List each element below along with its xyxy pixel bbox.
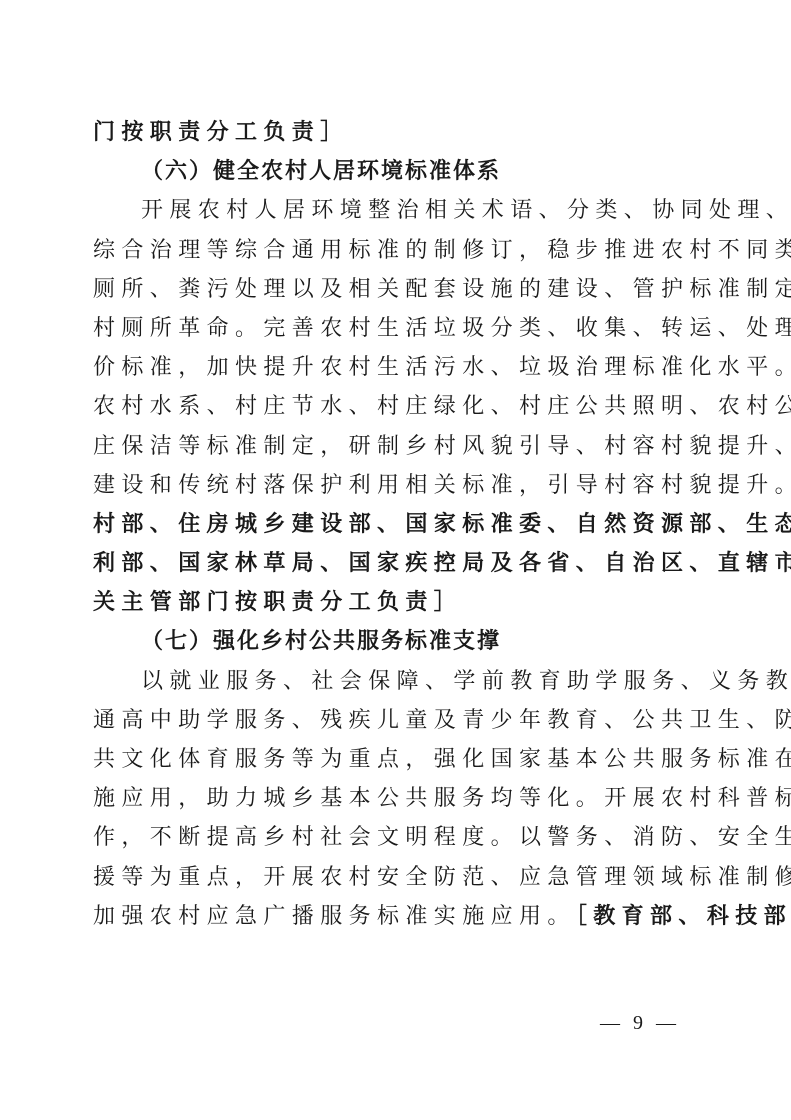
mixed-line: 建设和传统村落保护利用相关标准，引导村容村貌提升。［农业农 (93, 466, 693, 505)
paragraph-line: 村厕所革命。完善农村生活垃圾分类、收集、转运、处理和监测评 (93, 309, 693, 348)
bold-line: 门按职责分工负责］ (93, 113, 693, 152)
responsible-departments: 村部、住房城乡建设部、国家标准委、自然资源部、生态环境部、水 (93, 505, 693, 544)
mixed-line: 加强农村应急广播服务标准实施应用。［教育部、科技部、公安部、 (93, 897, 693, 936)
page-number: — 9 — (600, 1012, 680, 1035)
paragraph-line: 综合治理等综合通用标准的制修订，稳步推进农村不同类型卫生 (93, 231, 693, 270)
paragraph-text: 加强农村应急广播服务标准实施应用。 (93, 904, 576, 929)
paragraph-line: 开展农村人居环境整治相关术语、分类、协同处理、环境评价、 (93, 191, 693, 230)
responsible-departments: 关主管部门按职责分工负责］ (93, 583, 693, 622)
responsible-departments: 利部、国家林草局、国家疾控局及各省、自治区、直辖市人民政府有 (93, 544, 693, 583)
paragraph-line: 庄保洁等标准制定，研制乡村风貌引导、村容村貌提升、森林乡村 (93, 427, 693, 466)
paragraph-text: 建设和传统村落保护利用相关标准，引导村容村貌提升。 (93, 473, 791, 498)
paragraph-line: 价标准，加快提升农村生活污水、垃圾治理标准化水平。系统推进 (93, 348, 693, 387)
paragraph-line: 通高中助学服务、残疾儿童及青少年教育、公共卫生、防灾减灾、公 (93, 701, 693, 740)
responsible-departments: ［教育部、科技部、公安部、 (576, 903, 791, 929)
section-heading-seven: （七）强化乡村公共服务标准支撑 (93, 622, 693, 661)
paragraph-line: 农村水系、村庄节水、村庄绿化、村庄公共照明、农村公共空间、村 (93, 387, 693, 426)
paragraph-line: 共文化体育服务等为重点，强化国家基本公共服务标准在乡村实 (93, 740, 693, 779)
paragraph-line: 以就业服务、社会保障、学前教育助学服务、义务教育服务、普 (93, 662, 693, 701)
paragraph-line: 援等为重点，开展农村安全防范、应急管理领域标准制修订工作。 (93, 858, 693, 897)
paragraph-line: 厕所、粪污处理以及相关配套设施的建设、管护标准制定，推进农 (93, 270, 693, 309)
paragraph-line: 作，不断提高乡村社会文明程度。以警务、消防、安全生产、应急救 (93, 818, 693, 857)
document-page: 门按职责分工负责］ （六）健全农村人居环境标准体系 开展农村人居环境整治相关术语… (93, 113, 693, 936)
paragraph-line: 施应用，助力城乡基本公共服务均等化。开展农村科普标准化工 (93, 779, 693, 818)
section-heading-six: （六）健全农村人居环境标准体系 (93, 152, 693, 191)
